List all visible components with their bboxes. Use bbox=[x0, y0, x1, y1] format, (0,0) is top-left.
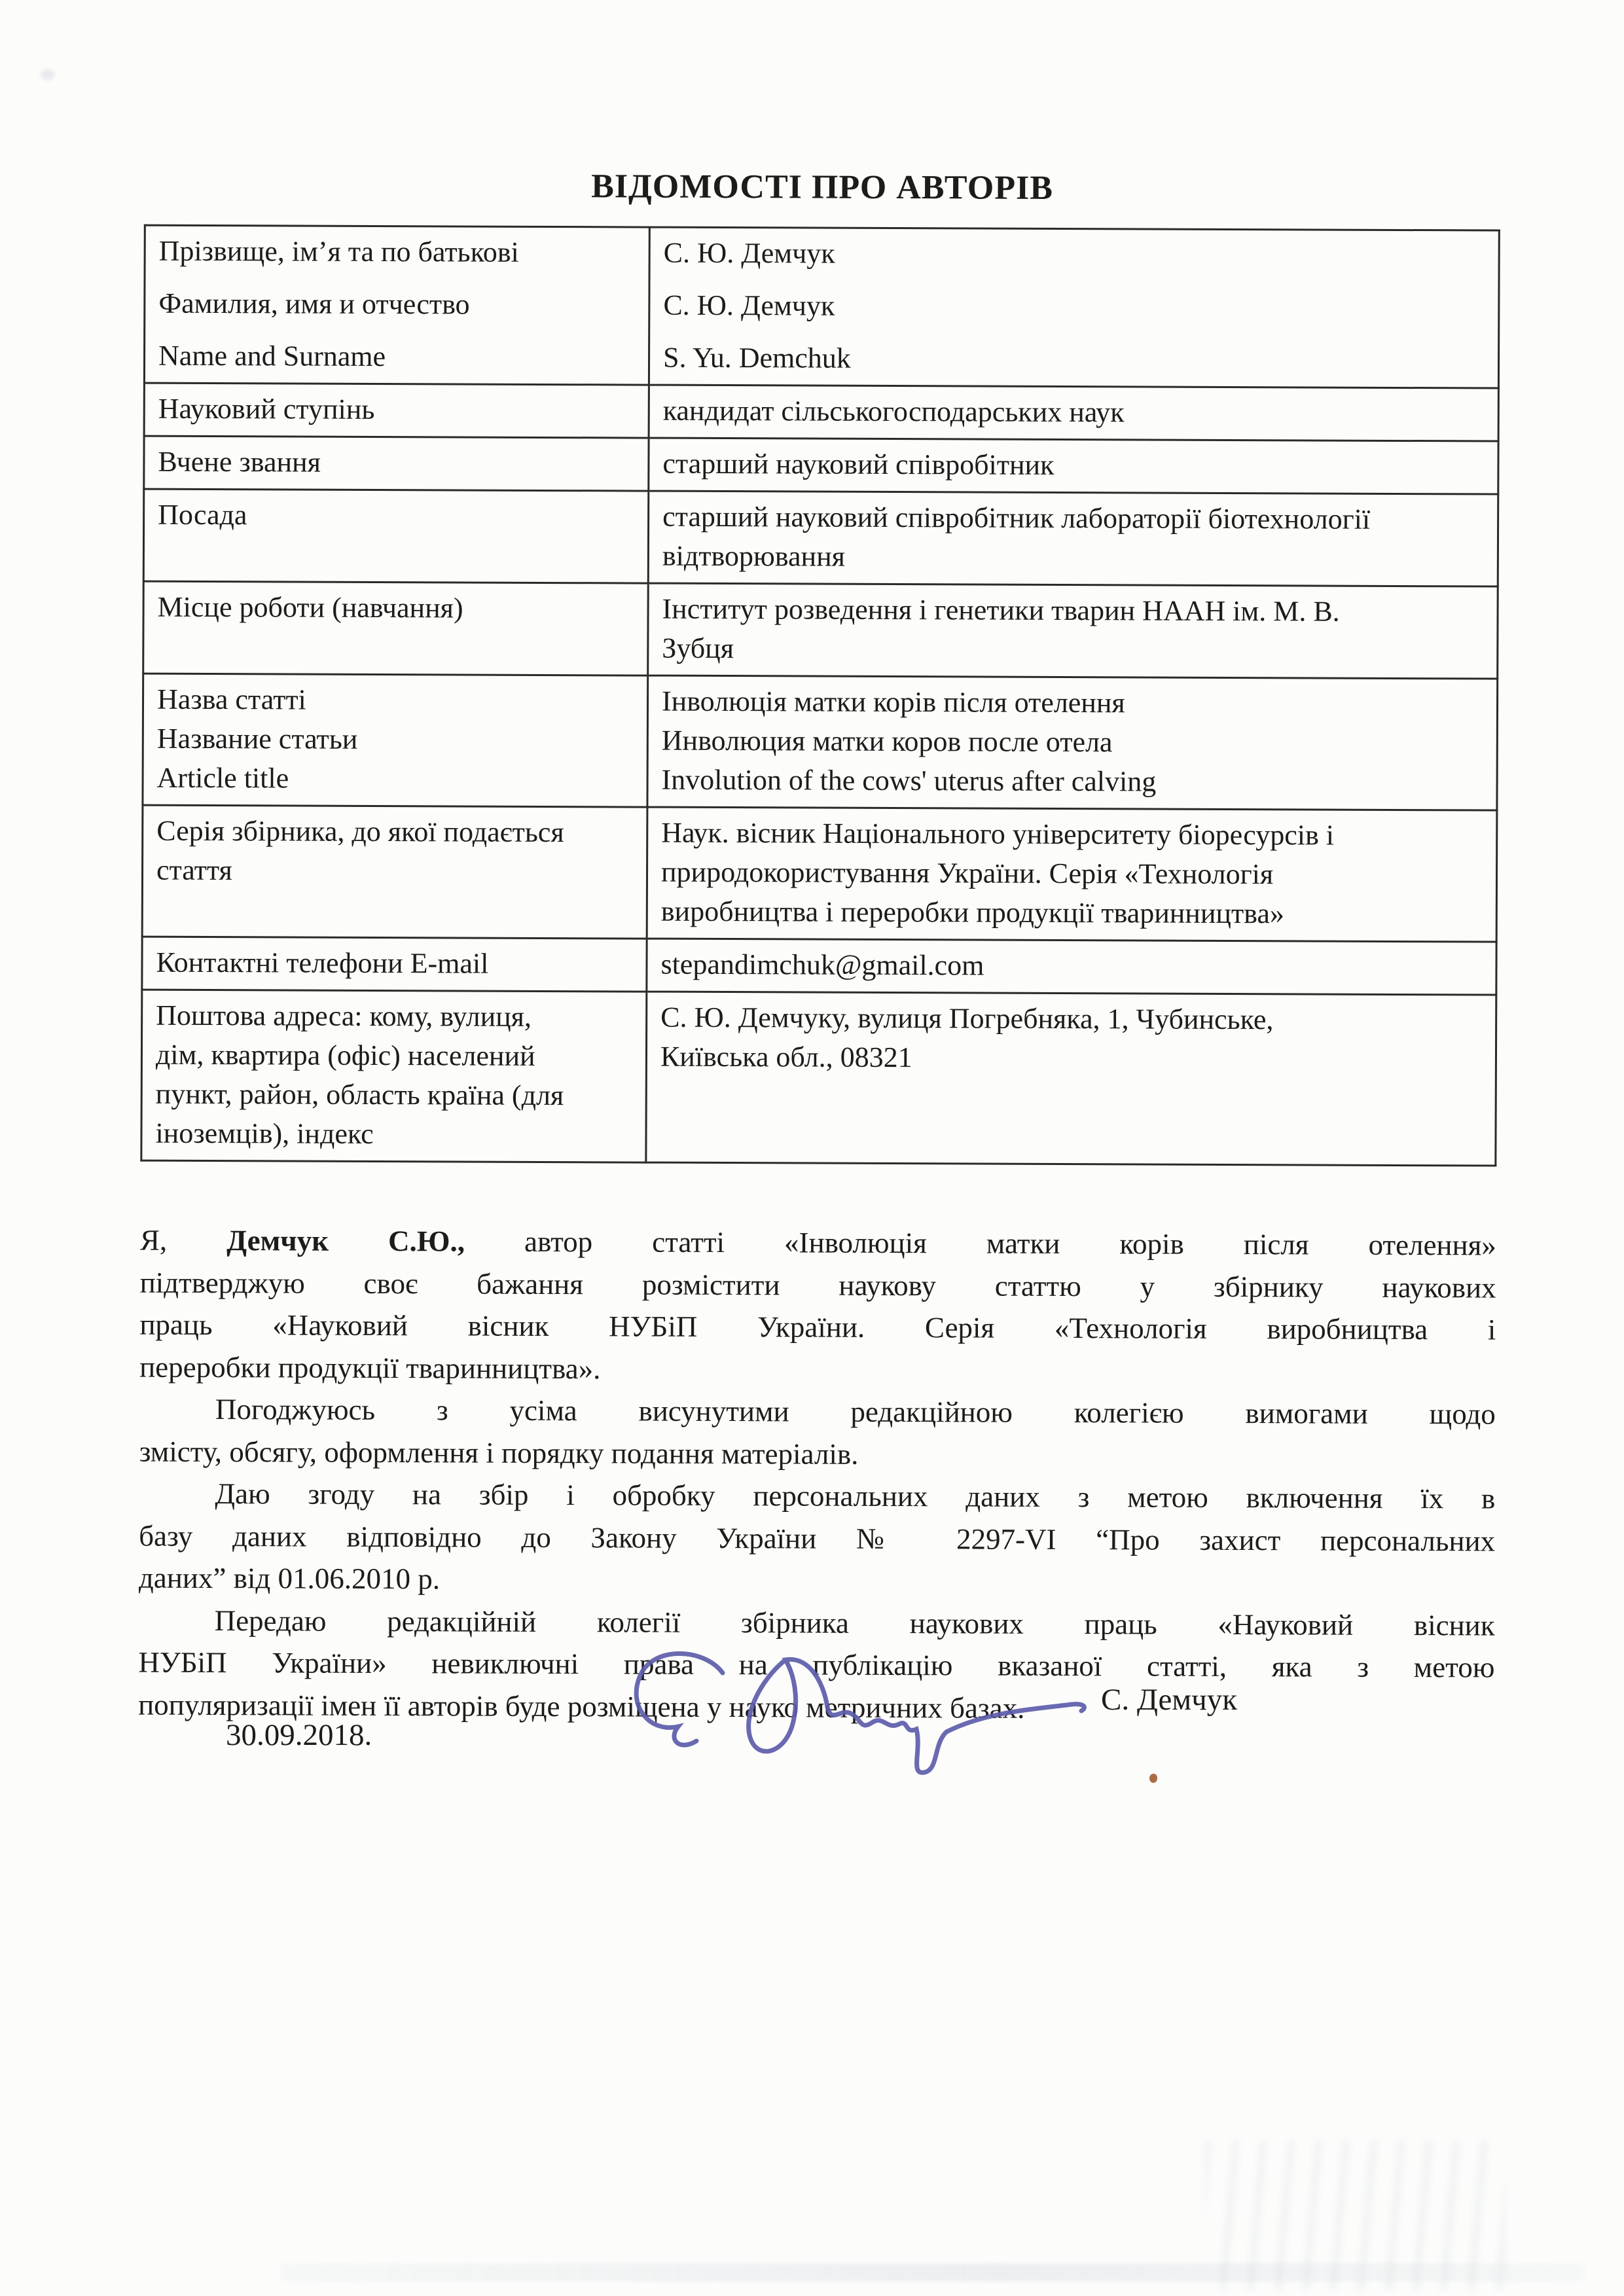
value-cell: старший науковий співробітник bbox=[649, 438, 1498, 494]
body-line: Я, Демчук С.Ю., автор статті «Інволюція … bbox=[140, 1219, 1496, 1266]
table-row: Назва статті Название статьи Article tit… bbox=[143, 673, 1498, 810]
value-cell: кандидат сільськогосподарських наук bbox=[649, 385, 1498, 441]
scanned-content: ВІДОМОСТІ ПРО АВТОРІВ Прізвище, ім’я та … bbox=[0, 0, 1624, 1731]
body-line: змісту, обсягу, оформлення і порядку под… bbox=[139, 1430, 1496, 1477]
value-cell: Наук. вісник Національного університету … bbox=[647, 807, 1497, 942]
body-line: Передаю редакційній колегії збірника нау… bbox=[139, 1599, 1495, 1646]
cell-line: відтворювання bbox=[662, 537, 1487, 579]
value-cell: Інволюція матки корів після отелення Инв… bbox=[647, 675, 1498, 810]
author-name-bold: Демчук С.Ю., bbox=[226, 1224, 465, 1257]
value-cell: С. Ю. Демчуку, вулиця Погребняка, 1, Чуб… bbox=[646, 992, 1496, 1166]
label-cell: Науковий ступінь bbox=[144, 383, 649, 438]
cell-line: Серія збірника, до якої подається bbox=[156, 812, 636, 853]
table-row: Прізвище, ім’я та по батькові Фамилия, и… bbox=[144, 225, 1499, 388]
table-row: Місце роботи (навчання) Інститут розведе… bbox=[143, 581, 1498, 679]
cell-line: старший науковий співробітник bbox=[662, 444, 1487, 487]
cell-line: Наук. вісник Національного університету … bbox=[661, 814, 1485, 856]
body-line: праць «Науковий вісник НУБіП України. Се… bbox=[139, 1304, 1496, 1351]
label-cell: Місце роботи (навчання) bbox=[143, 581, 649, 675]
cell-line: Поштова адреса: кому, вулиця, bbox=[156, 996, 635, 1037]
cell-line: дім, квартира (офіс) населений bbox=[156, 1035, 635, 1077]
value-cell: Інститут розведення і генетики тварин НА… bbox=[648, 583, 1498, 679]
page-title: ВІДОМОСТІ ПРО АВТОРІВ bbox=[144, 166, 1500, 210]
label-cell: Поштова адреса: кому, вулиця, дім, кварт… bbox=[141, 990, 647, 1162]
body-line: Даю згоду на збір і обробку персональних… bbox=[139, 1473, 1495, 1520]
label-cell: Назва статті Название статьи Article tit… bbox=[143, 673, 648, 807]
cell-line: Науковий ступінь bbox=[158, 389, 638, 431]
cell-line: Назва статті bbox=[157, 680, 636, 721]
body-line: даних” від 01.06.2010 р. bbox=[139, 1557, 1495, 1604]
table-row: Науковий ступінь кандидат сільськогоспод… bbox=[144, 383, 1498, 441]
label-cell: Серія збірника, до якої подається стаття bbox=[142, 805, 647, 939]
value-cell: С. Ю. Демчук С. Ю. Демчук S. Yu. Demchuk bbox=[649, 227, 1499, 388]
label-cell: Вчене звання bbox=[144, 436, 649, 491]
body-line: базу даних відповідно до Закону України … bbox=[139, 1515, 1495, 1562]
cell-line: Місце роботи (навчання) bbox=[157, 588, 636, 629]
cell-line: виробництва і переробки продукції тварин… bbox=[661, 892, 1485, 935]
cell-line: Фамилия, имя и отчество bbox=[158, 284, 638, 325]
scan-noise-smudge bbox=[41, 69, 55, 80]
scan-noise-band bbox=[281, 2263, 1584, 2282]
cell-line: Article title bbox=[156, 759, 636, 800]
table-row: Поштова адреса: кому, вулиця, дім, кварт… bbox=[141, 990, 1496, 1166]
cell-line: іноземців), індекс bbox=[155, 1114, 634, 1155]
label-cell: Прізвище, ім’я та по батькові Фамилия, и… bbox=[144, 225, 649, 385]
label-cell: Посада bbox=[143, 489, 649, 583]
cell-line: Контактні телефони E-mail bbox=[156, 943, 635, 984]
cell-line: Інволюція матки корів після отелення bbox=[662, 682, 1486, 725]
date-label: 30.09.2018. bbox=[226, 1716, 372, 1754]
cell-line: Name and Surname bbox=[158, 336, 638, 378]
signature-ink bbox=[749, 1659, 827, 1751]
cell-line: природокористування України. Серія «Техн… bbox=[661, 853, 1485, 895]
table-row: Вчене звання старший науковий співробітн… bbox=[144, 436, 1498, 494]
authors-table: Прізвище, ім’я та по батькові Фамилия, и… bbox=[140, 224, 1500, 1167]
cell-line: Инволюция матки коров после отела bbox=[662, 721, 1486, 764]
body-line: переробки продукції тваринництва». bbox=[139, 1346, 1496, 1393]
table-row: Посада старший науковий співробітник лаб… bbox=[143, 489, 1498, 586]
value-cell: stepandimchuk@gmail.com bbox=[647, 939, 1496, 995]
cell-line: S. Yu. Demchuk bbox=[663, 338, 1487, 381]
cell-line: Involution of the cows' uterus after cal… bbox=[661, 761, 1485, 803]
cell-line: Прізвище, ім’я та по батькові bbox=[159, 232, 638, 273]
cell-line: С. Ю. Демчук bbox=[664, 234, 1488, 276]
cell-line: С. Ю. Демчуку, вулиця Погребняка, 1, Чуб… bbox=[660, 998, 1485, 1041]
table-row: Серія збірника, до якої подається стаття… bbox=[142, 805, 1497, 942]
cell-line: Вчене звання bbox=[158, 442, 637, 484]
cell-line: стаття bbox=[156, 851, 636, 892]
label-cell: Контактні телефони E-mail bbox=[142, 937, 647, 992]
signatory-name: С. Демчук bbox=[1101, 1681, 1237, 1719]
email-value: stepandimchuk@gmail.com bbox=[660, 945, 1485, 988]
cell-line: С. Ю. Демчук bbox=[663, 286, 1487, 329]
cell-line: пункт, район, область країна (для bbox=[156, 1075, 635, 1116]
signature bbox=[607, 1644, 1105, 1782]
intro-rest: автор статті «Інволюція матки корів післ… bbox=[465, 1225, 1496, 1262]
cell-line: кандидат сільськогосподарських наук bbox=[663, 391, 1487, 434]
signature-ink bbox=[827, 1704, 1084, 1773]
cell-line: Київська обл., 08321 bbox=[660, 1037, 1485, 1080]
cell-line: Название статьи bbox=[157, 719, 636, 761]
cell-line: старший науковий співробітник лабораторі… bbox=[662, 497, 1487, 540]
ink-dot-artifact bbox=[1149, 1774, 1157, 1783]
body-line: підтверджую своє бажання розмістити наук… bbox=[140, 1261, 1496, 1308]
cell-line: Зубця bbox=[662, 629, 1486, 672]
document-page: ВІДОМОСТІ ПРО АВТОРІВ Прізвище, ім’я та … bbox=[0, 0, 1624, 2296]
table-row: Контактні телефони E-mail stepandimchuk@… bbox=[142, 937, 1496, 995]
signature-ink bbox=[636, 1654, 723, 1746]
body-line: Погоджуюсь з усіма висунутими редакційно… bbox=[139, 1388, 1496, 1435]
cell-line: Інститут розведення і генетики тварин НА… bbox=[662, 590, 1486, 632]
intro-prefix: Я, bbox=[140, 1224, 226, 1257]
value-cell: старший науковий співробітник лабораторі… bbox=[648, 491, 1498, 586]
cell-line: Посада bbox=[158, 495, 637, 537]
